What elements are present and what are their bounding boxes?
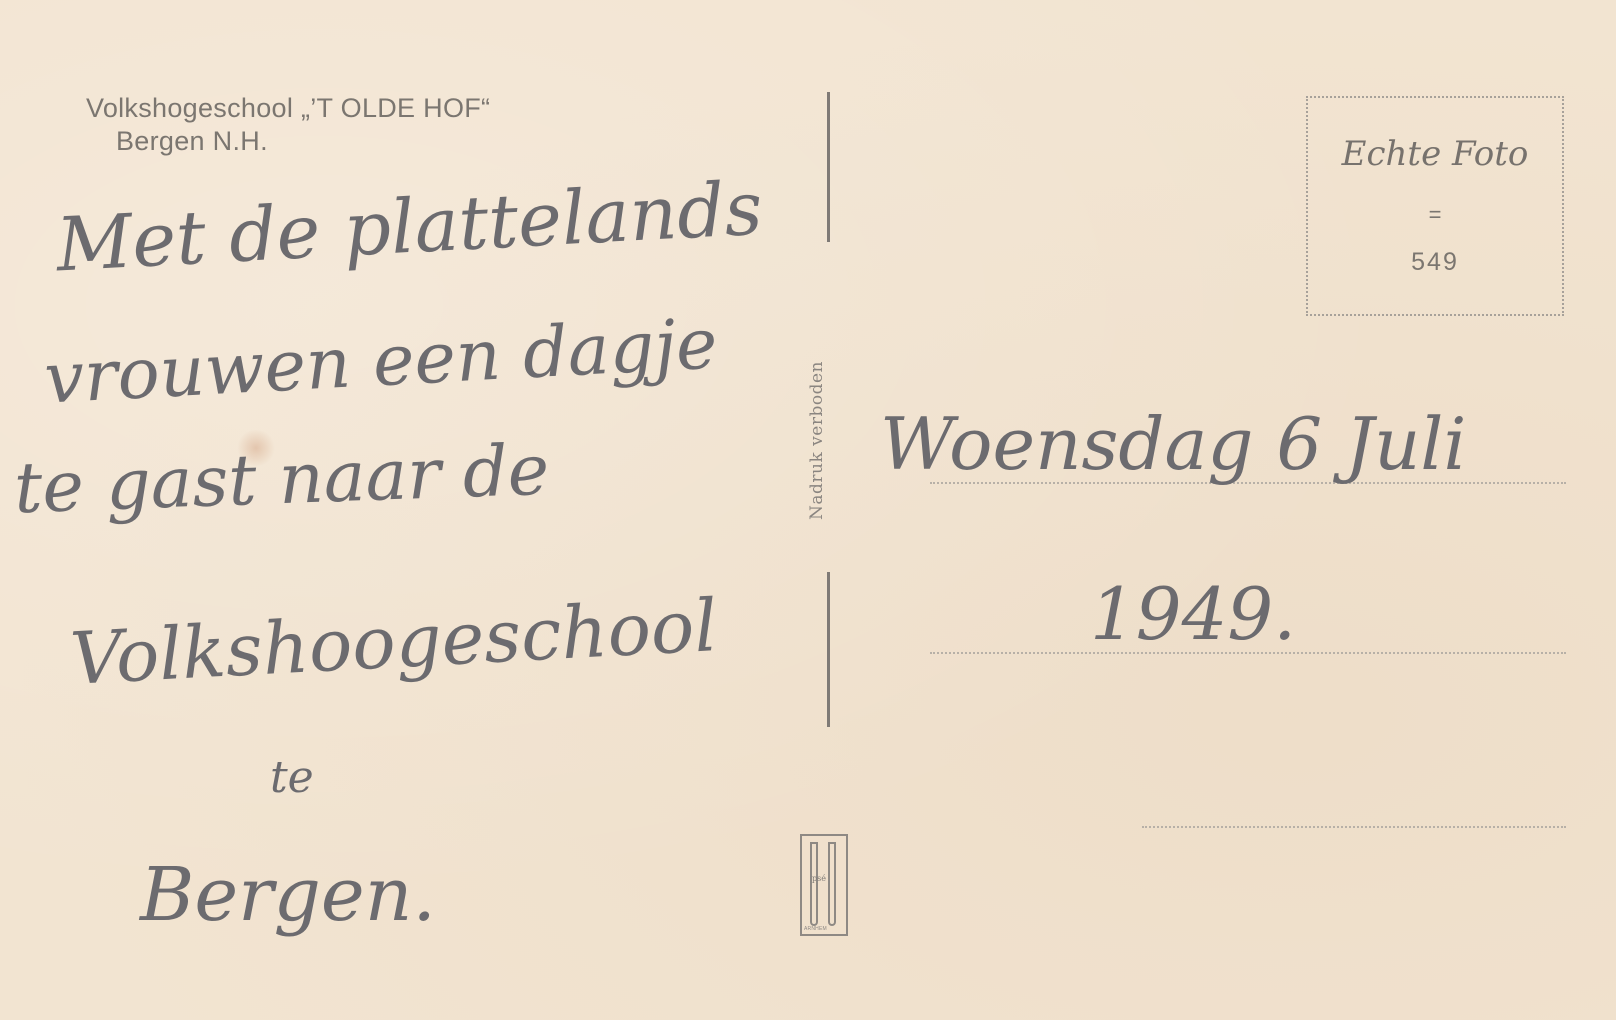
address-line-3 [1142, 826, 1566, 828]
center-divider-top [827, 92, 830, 242]
publisher-imprint: Volkshogeschool „’T OLDE HOF“ Bergen N.H… [86, 92, 490, 158]
postcard-back: Volkshogeschool „’T OLDE HOF“ Bergen N.H… [0, 0, 1616, 1020]
stamp-box-separator: = [1308, 202, 1562, 228]
publisher-logo-icon: psé ARNHEM [800, 834, 848, 936]
message-line-6: Bergen. [140, 852, 436, 938]
message-line-3: te gast naar de [13, 429, 551, 530]
message-line-4: Volkshoogeschool [68, 583, 719, 701]
date-line-1: Woensdag 6 Juli [880, 402, 1466, 486]
reprint-notice: Nadruk verboden [807, 361, 827, 520]
center-divider-bottom [827, 572, 830, 727]
logo-subtext: ARNHEM [804, 926, 827, 932]
stamp-box-title: Echte Foto [1308, 134, 1562, 174]
message-line-2: vrouwen een dagje [42, 302, 719, 419]
message-line-5: te [270, 752, 314, 803]
stamp-box: Echte Foto = 549 [1306, 96, 1564, 316]
publisher-name: Volkshogeschool „’T OLDE HOF“ [86, 92, 490, 125]
date-line-2: 1949. [1090, 572, 1296, 656]
logo-tag: psé [812, 874, 826, 883]
message-line-1: Met de plattelands [54, 166, 764, 289]
logo-bar-j [810, 842, 818, 926]
stamp-box-number: 549 [1308, 248, 1562, 277]
publisher-location: Bergen N.H. [86, 125, 490, 158]
logo-bar-p [828, 842, 836, 926]
